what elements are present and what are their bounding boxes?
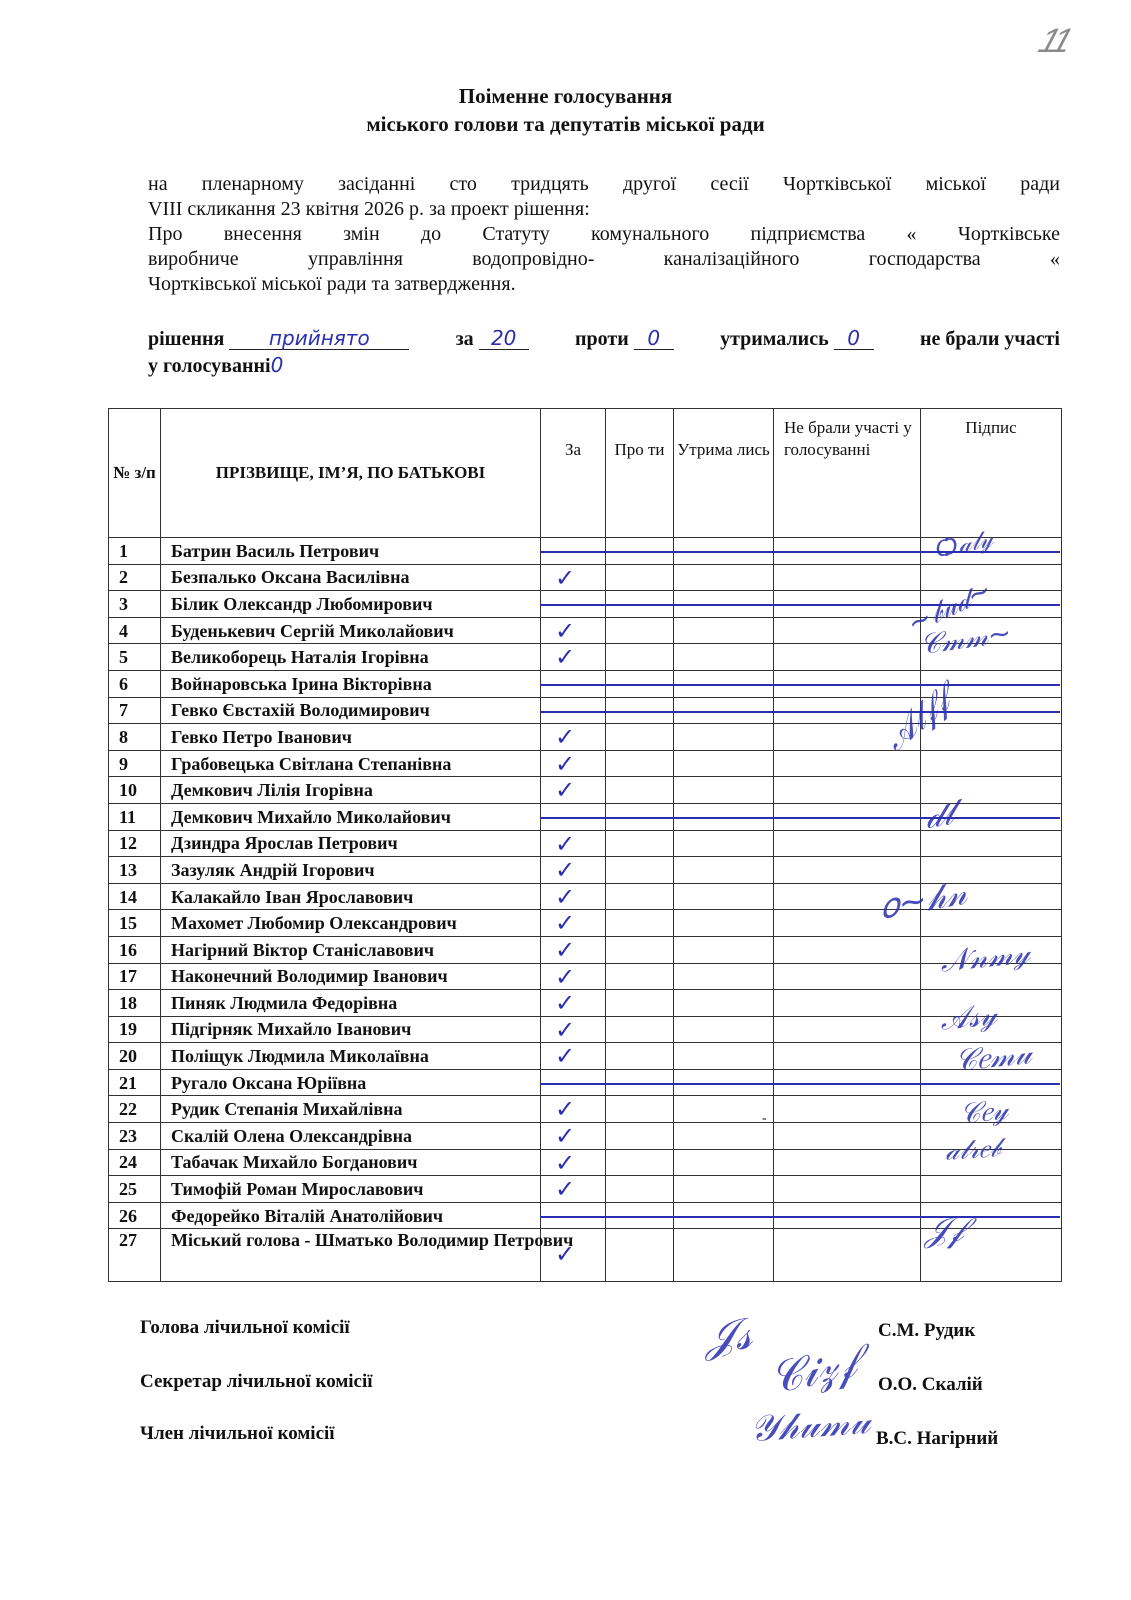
vote-not-participated-cell [774,963,921,990]
vote-abstained-cell [674,857,774,884]
signature-scribble: 𝒥𝒻 [925,1210,964,1250]
vote-against-cell [606,724,674,751]
vote-not-participated-cell [774,1176,921,1203]
table-row: 17Наконечний Володимир Іванович✓ [109,963,1062,990]
check-mark-icon: ✓ [555,777,575,803]
deputy-name: Буденькевич Сергій Миколайович [161,617,541,644]
vote-abstained-cell [674,1043,774,1070]
vote-against-cell [606,936,674,963]
row-number: 5 [109,644,161,671]
vote-abstained-cell [674,1229,774,1282]
vote-abstained-cell [674,830,774,857]
deputy-name: Підгірняк Михайло Іванович [161,1016,541,1043]
vote-not-participated-cell [774,1229,921,1282]
signature-scribble: 𝒞𝑒𝓎 [958,1093,1009,1132]
vote-abstained-cell [674,644,774,671]
check-mark-icon: ✓ [555,1150,575,1176]
table-row: 9Грабовецька Світлана Степанівна✓ [109,750,1062,777]
vote-not-participated-cell [774,1096,921,1123]
member-label: Член лічильної комісії [140,1423,335,1445]
check-mark-icon: ✓ [555,565,575,591]
not-participated-count: 0 [271,353,284,377]
vote-not-participated-cell [774,857,921,884]
deputy-name: Дзиндра Ярослав Петрович [161,830,541,857]
vote-for-cell: ✓ [541,617,606,644]
roll-call-table: № з/п ПРІЗВИЩЕ, ІМ’Я, ПО БАТЬКОВІ За Про… [108,408,1062,1282]
deputy-name: Табачак Михайло Богданович [161,1149,541,1176]
deputy-name: Поліщук Людмила Миколаївна [161,1043,541,1070]
intro-line: виробниче управління водопровідно- канал… [148,247,1060,272]
vote-not-participated-cell [774,1149,921,1176]
vote-abstained-cell [674,1176,774,1203]
row-number: 3 [109,591,161,618]
vote-abstained-cell [674,1123,774,1150]
vote-against-cell [606,1123,674,1150]
abstained-count: 0 [834,327,874,350]
not-participated-label-2: у голосуванні [148,355,271,377]
vote-against-cell [606,777,674,804]
signature-scribble: 𝒜𝓈𝓎 [938,997,998,1038]
vote-for-cell: ✓ [541,724,606,751]
vote-against-cell [606,617,674,644]
table-row: 12Дзиндра Ярослав Петрович✓ [109,830,1062,857]
vote-not-participated-cell [774,1016,921,1043]
chair-label: Голова лічильної комісії [140,1317,350,1339]
table-row: 22Рудик Степанія Михайлівна✓ [109,1096,1062,1123]
check-mark-icon: ✓ [555,884,575,910]
header-for: За [541,409,606,538]
signature-scribble: 𝒶𝓁𝓇𝑒𝒷 [944,1133,1002,1168]
deputy-name: Міський голова - Шматько Володимир Петро… [161,1229,541,1282]
vote-for-cell: ✓ [541,1016,606,1043]
table-row: 24Табачак Михайло Богданович✓ [109,1149,1062,1176]
row-number: 25 [109,1176,161,1203]
check-mark-icon: ✓ [555,990,575,1016]
check-mark-icon: ✓ [555,724,575,750]
deputy-name: Батрин Василь Петрович [161,538,541,565]
decision-summary: рішення прийнято за 20 проти 0 утрималис… [148,326,1060,379]
table-row: 20Поліщук Людмила Миколаївна✓ [109,1043,1062,1070]
vote-abstained-cell [674,750,774,777]
vote-not-participated-cell [774,1123,921,1150]
page-number: 11 [1034,22,1074,61]
absent-strike-line [540,711,1060,713]
vote-not-participated-cell [774,777,921,804]
vote-against-cell [606,857,674,884]
vote-abstained-cell [674,883,774,910]
row-number: 27 [109,1229,161,1282]
deputy-name: Федорейко Віталій Анатолійович [161,1202,541,1229]
row-number: 14 [109,883,161,910]
vote-for-cell: ✓ [541,990,606,1017]
check-mark-icon: ✓ [555,1043,575,1069]
vote-not-participated-cell [774,990,921,1017]
vote-against-cell [606,564,674,591]
absent-strike-line [540,817,1060,819]
vote-against-cell [606,644,674,671]
vote-for-cell: ✓ [541,830,606,857]
deputy-name: Войнаровська Ірина Вікторівна [161,670,541,697]
row-number: 10 [109,777,161,804]
intro-paragraph: на пленарному засіданні сто тридцять дру… [148,172,1060,297]
row-number: 7 [109,697,161,724]
vote-abstained-cell [674,963,774,990]
row-number: 21 [109,1069,161,1096]
decision-result: прийнято [229,327,409,350]
vote-for-cell: ✓ [541,857,606,884]
table-row: 16Нагірний Віктор Станіславович✓ [109,936,1062,963]
commission-signature: 𝒥𝓈 [703,1308,753,1362]
abstained-label: утримались [720,328,829,350]
check-mark-icon: ✓ [555,618,575,644]
deputy-name: Пиняк Людмила Федорівна [161,990,541,1017]
row-number: 24 [109,1149,161,1176]
table-header-row: № з/п ПРІЗВИЩЕ, ІМ’Я, ПО БАТЬКОВІ За Про… [109,409,1062,538]
row-number: 22 [109,1096,161,1123]
row-number: 13 [109,857,161,884]
row-number: 20 [109,1043,161,1070]
vote-against-cell [606,910,674,937]
vote-for-cell: ✓ [541,963,606,990]
table-row: 5Великоборець Наталія Ігорівна✓ [109,644,1062,671]
row-number: 4 [109,617,161,644]
vote-against-cell [606,1176,674,1203]
check-mark-icon: ✓ [555,1241,575,1267]
header-abstained: Утрима лись [674,409,774,538]
vote-abstained-cell [674,910,774,937]
vote-abstained-cell [674,564,774,591]
row-number: 1 [109,538,161,565]
signature-cell [921,750,1062,777]
deputy-name: Скалій Олена Олександрівна [161,1123,541,1150]
vote-against-cell [606,830,674,857]
header-against: Про ти [606,409,674,538]
vote-for-cell: ✓ [541,1176,606,1203]
check-mark-icon: ✓ [555,1017,575,1043]
for-count: 20 [479,327,529,350]
row-number: 18 [109,990,161,1017]
row-number: 9 [109,750,161,777]
deputy-name: Рудик Степанія Михайлівна [161,1096,541,1123]
table-row: 19Підгірняк Михайло Іванович✓ [109,1016,1062,1043]
secretary-name: О.О. Скалій [878,1374,983,1396]
table-row: 23Скалій Олена Олександрівна✓ [109,1123,1062,1150]
row-number: 2 [109,564,161,591]
deputy-name: Наконечний Володимир Іванович [161,963,541,990]
row-number: 8 [109,724,161,751]
not-participated-label: не брали участі [920,326,1060,352]
signature-cell [921,564,1062,591]
deputy-name: Калакайло Іван Ярославович [161,883,541,910]
table-row: 27Міський голова - Шматько Володимир Пет… [109,1229,1062,1282]
check-mark-icon: ✓ [555,937,575,963]
check-mark-icon: ✓ [555,857,575,883]
for-label: за [456,328,474,350]
vote-abstained-cell [674,1016,774,1043]
deputy-name: Зазуляк Андрій Ігорович [161,857,541,884]
vote-for-cell: ✓ [541,777,606,804]
deputy-name: Махомет Любомир Олександрович [161,910,541,937]
vote-for-cell: ✓ [541,644,606,671]
header-name: ПРІЗВИЩЕ, ІМ’Я, ПО БАТЬКОВІ [161,409,541,538]
vote-abstained-cell [674,936,774,963]
table-row: 2Безпалько Оксана Василівна✓ [109,564,1062,591]
vote-for-cell: ✓ [541,936,606,963]
header-num: № з/п [109,409,161,538]
chair-name: С.М. Рудик [878,1320,975,1342]
deputy-name: Гевко Євстахій Володимирович [161,697,541,724]
decision-label: рішення [148,328,224,350]
check-mark-icon: ✓ [555,910,575,936]
deputy-name: Тимофій Роман Мирославович [161,1176,541,1203]
row-number: 12 [109,830,161,857]
vote-against-cell [606,963,674,990]
check-mark-icon: ✓ [555,751,575,777]
vote-against-cell [606,1043,674,1070]
vote-for-cell: ✓ [541,1123,606,1150]
member-name: В.С. Нагірний [876,1428,998,1450]
vote-for-cell: ✓ [541,1149,606,1176]
vote-for-cell: ✓ [541,883,606,910]
row-number: 17 [109,963,161,990]
vote-abstained-cell [674,777,774,804]
signature-cell [921,1176,1062,1203]
deputy-name: Нагірний Віктор Станіславович [161,936,541,963]
deputy-name: Ругало Оксана Юріївна [161,1069,541,1096]
vote-not-participated-cell [774,830,921,857]
vote-not-participated-cell [774,936,921,963]
row-number: 11 [109,803,161,830]
vote-not-participated-cell [774,617,921,644]
vote-against-cell [606,883,674,910]
vote-abstained-cell [674,724,774,751]
deputy-name: Білик Олександр Любомирович [161,591,541,618]
table-row: 13Зазуляк Андрій Ігорович✓ [109,857,1062,884]
intro-line: Чортківської міської ради та затвердженн… [148,272,1060,297]
vote-not-participated-cell [774,644,921,671]
intro-line: на пленарному засіданні сто тридцять дру… [148,172,1060,197]
vote-for-cell: ✓ [541,564,606,591]
document-title: Поіменне голосування [0,82,1131,110]
vote-against-cell [606,990,674,1017]
check-mark-icon: ✓ [555,1176,575,1202]
vote-for-cell: ✓ [541,910,606,937]
row-number: 19 [109,1016,161,1043]
check-mark-icon: ✓ [555,644,575,670]
deputy-name: Демкович Лілія Ігорівна [161,777,541,804]
table-row: 25Тимофій Роман Мирославович✓ [109,1176,1062,1203]
check-mark-icon: ✓ [555,1123,575,1149]
vote-for-cell: ✓ [541,750,606,777]
absent-strike-line [540,684,1060,686]
check-mark-icon: ✓ [555,831,575,857]
deputy-name: Грабовецька Світлана Степанівна [161,750,541,777]
vote-against-cell [606,1229,674,1282]
against-count: 0 [634,327,674,350]
commission-signature: 𝒴𝒽𝓊𝓂𝓊 [749,1401,872,1451]
table-row: 18Пиняк Людмила Федорівна✓ [109,990,1062,1017]
vote-for-cell: ✓ [541,1229,606,1282]
vote-not-participated-cell [774,564,921,591]
document-subtitle: міського голови та депутатів міської рад… [0,110,1131,138]
vote-abstained-cell [674,1149,774,1176]
deputy-name: Гевко Петро Іванович [161,724,541,751]
row-number: 16 [109,936,161,963]
vote-against-cell [606,1149,674,1176]
check-mark-icon: ✓ [555,964,575,990]
vote-against-cell [606,1096,674,1123]
header-signature: Підпис [921,409,1062,538]
secretary-label: Секретар лічильної комісії [140,1371,373,1393]
stray-mark: - [762,1111,767,1127]
table-row: 10Демкович Лілія Ігорівна✓ [109,777,1062,804]
absent-strike-line [540,1083,1060,1085]
intro-line: Про внесення змін до Статуту комунальног… [148,222,1060,247]
against-label: проти [575,328,629,350]
vote-for-cell: ✓ [541,1096,606,1123]
row-number: 23 [109,1123,161,1150]
row-number: 6 [109,670,161,697]
row-number: 15 [109,910,161,937]
vote-abstained-cell [674,617,774,644]
row-number: 26 [109,1202,161,1229]
absent-strike-line [540,1216,1060,1218]
vote-not-participated-cell [774,1043,921,1070]
vote-against-cell [606,750,674,777]
vote-abstained-cell [674,990,774,1017]
deputy-name: Демкович Михайло Миколайович [161,803,541,830]
intro-line: VIII скликання 23 квітня 2026 р. за прое… [148,197,1060,222]
commission-signature: 𝒞𝒾𝓏𝒻 [766,1337,861,1405]
deputy-name: Великоборець Наталія Ігорівна [161,644,541,671]
header-not-participated: Не брали участі у голосуванні [774,409,921,538]
signature-cell [921,724,1062,751]
check-mark-icon: ✓ [555,1096,575,1122]
vote-for-cell: ✓ [541,1043,606,1070]
deputy-name: Безпалько Оксана Василівна [161,564,541,591]
vote-against-cell [606,1016,674,1043]
vote-abstained-cell [674,1096,774,1123]
